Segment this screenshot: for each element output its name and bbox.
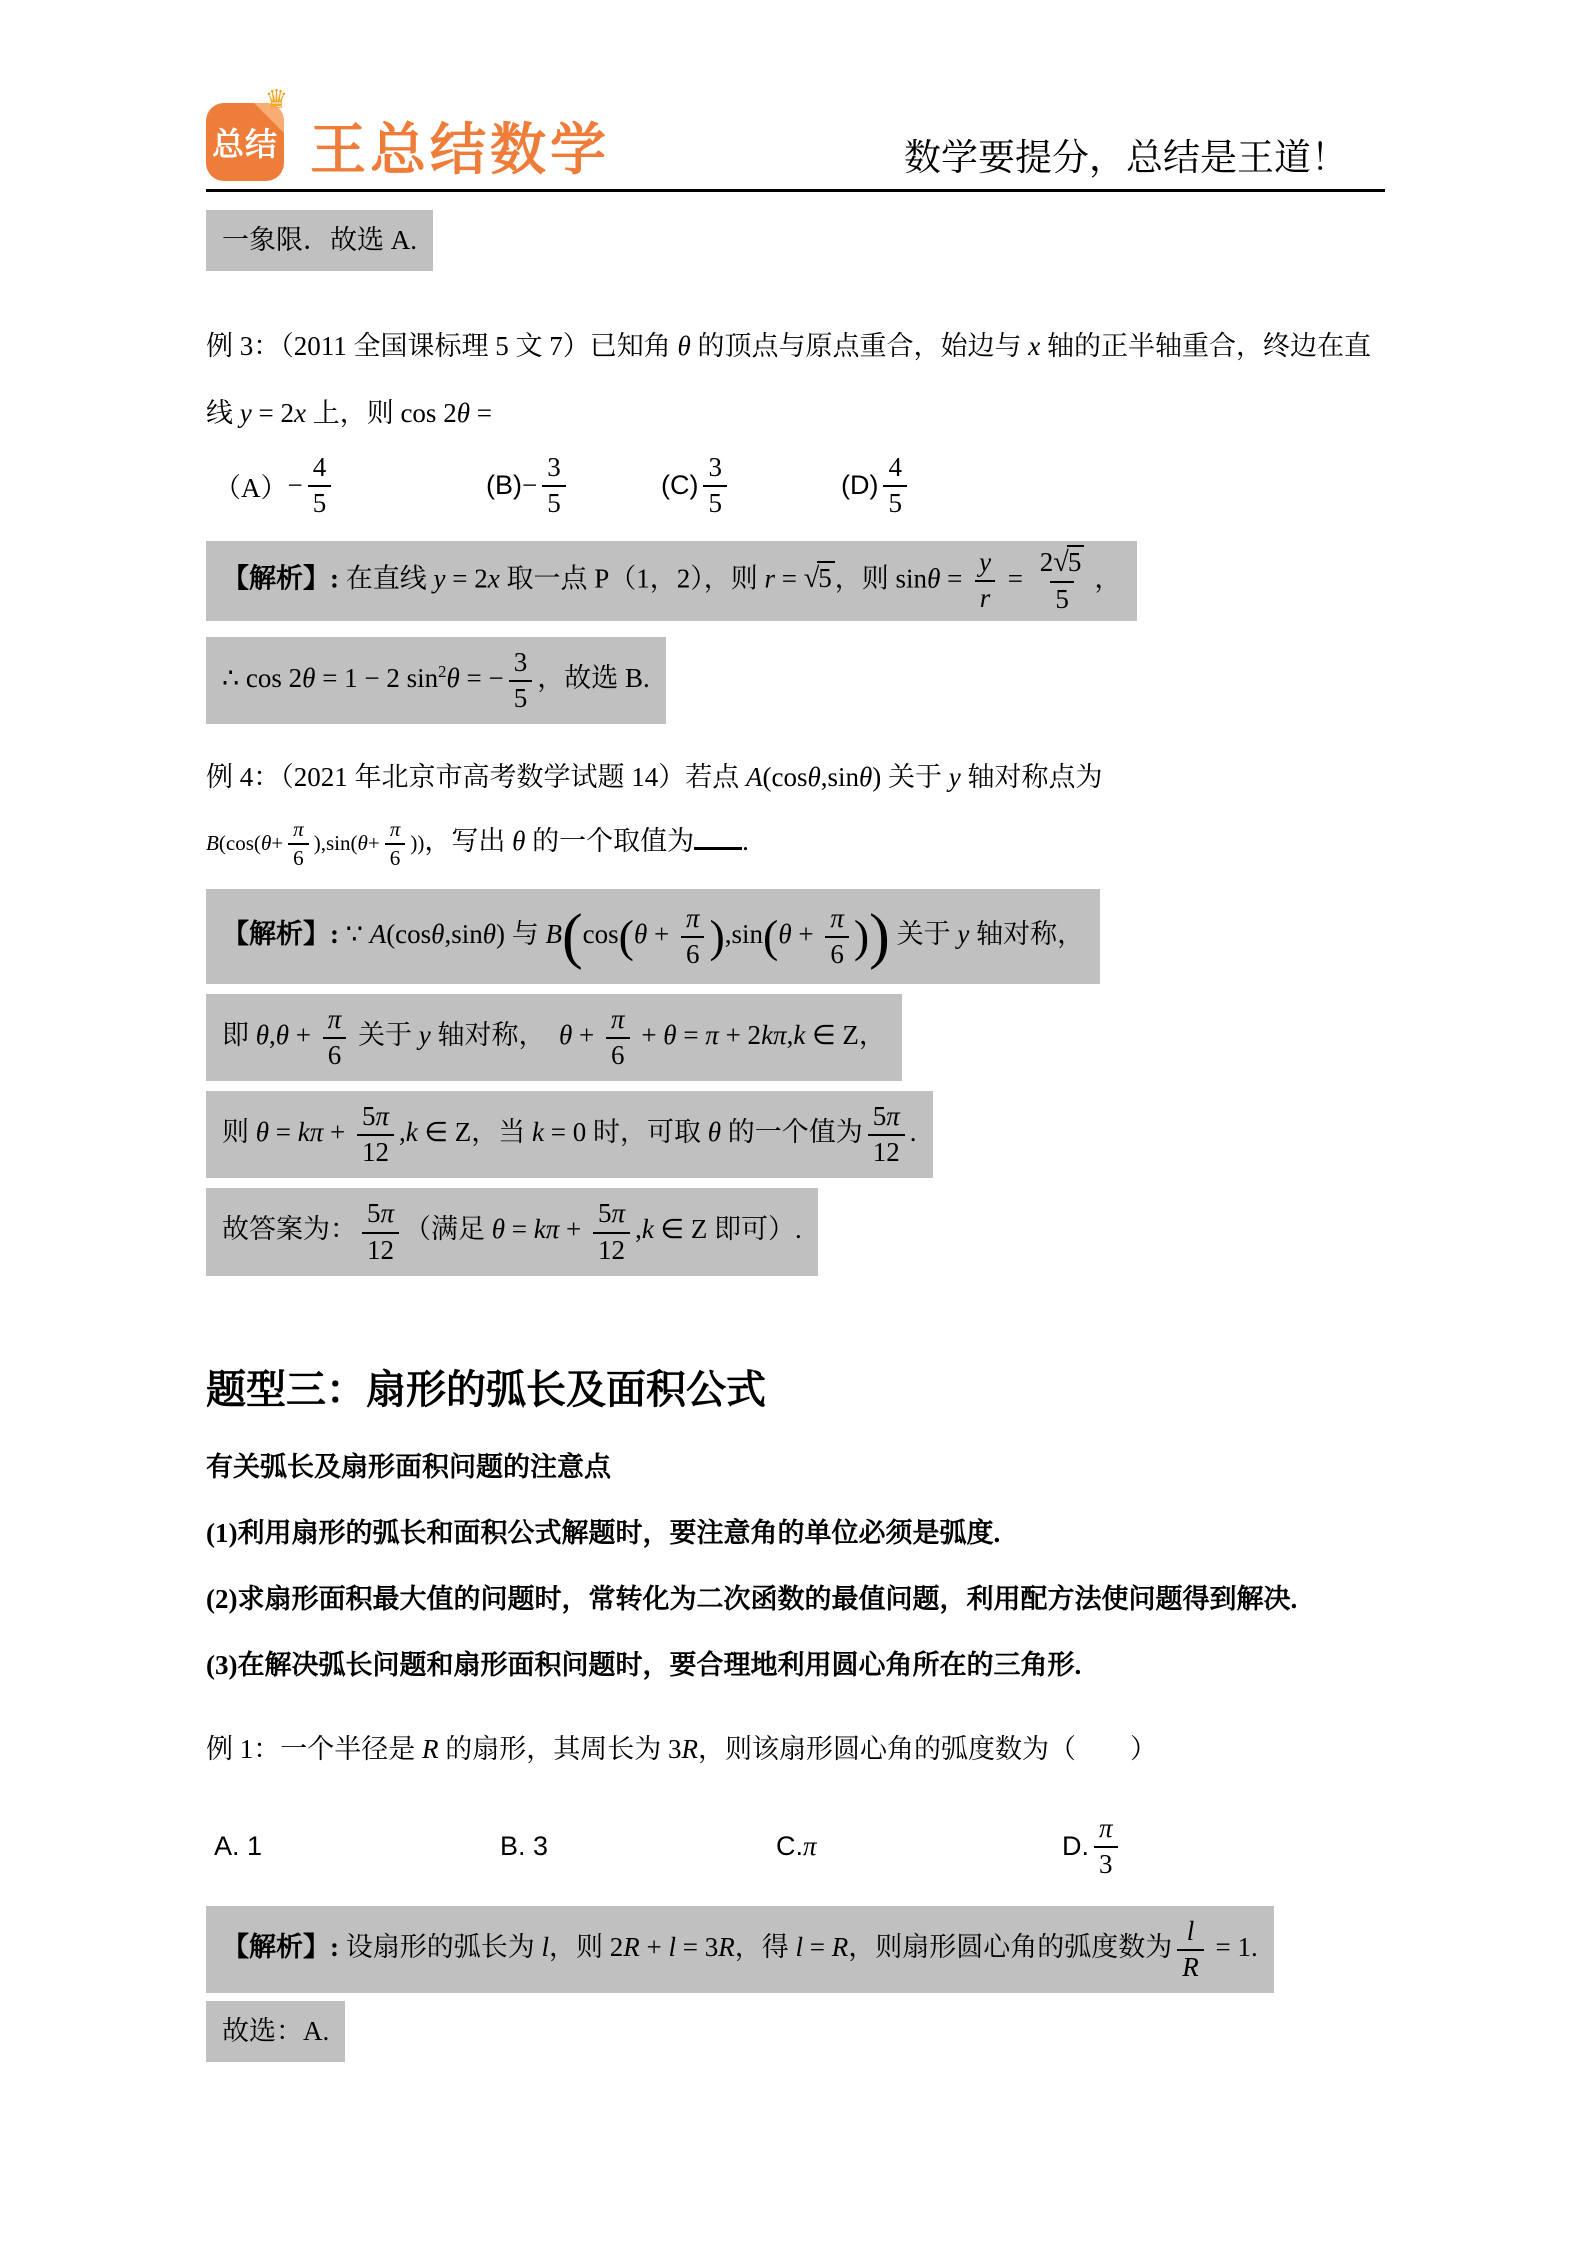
denominator: 6 <box>825 936 849 970</box>
math-italic-run: π <box>612 1198 626 1228</box>
math-italic-run: y <box>957 919 969 949</box>
brand-name: 王总结数学 <box>310 119 610 181</box>
text-run: 有关弧长及扇形面积问题的注意点 <box>206 1452 611 1482</box>
math-run: 2 <box>1040 547 1054 577</box>
math-italic-run: A <box>370 919 387 949</box>
logo-badge-text: 总结 <box>212 119 278 165</box>
math-run: ) <box>872 762 881 792</box>
numerator: π <box>385 817 406 843</box>
fraction: 35 <box>542 452 566 519</box>
math-run: ∵ <box>339 919 370 949</box>
denominator: 5 <box>1050 581 1074 615</box>
sqrt-expression: √5 <box>804 563 835 593</box>
math-run: ∈ Z <box>418 1117 472 1147</box>
math-run: ,sin <box>725 919 763 949</box>
numerator: 3 <box>509 647 533 680</box>
math-italic-run: k <box>793 1020 805 1050</box>
math-italic-run: y <box>240 398 252 428</box>
math-italic-run: l <box>669 1932 677 1962</box>
example1-answer: 故选：A. <box>206 2001 345 2062</box>
math-italic-run: θ <box>256 1020 269 1050</box>
math-italic-run: θ <box>859 762 872 792</box>
math-run: + <box>572 1020 601 1050</box>
text-run: 例 3：（2011 全国课标理 5 文 7）已知角 <box>206 331 678 361</box>
math-run: + <box>647 919 676 949</box>
math-italic-run: θ <box>483 919 496 949</box>
fraction: 35 <box>703 452 727 519</box>
math-italic-run: B <box>206 831 219 855</box>
text-run: ，则该扇形圆心角的弧度数为（ ） <box>698 1734 1157 1764</box>
example1-solution: 【解析】: 设扇形的弧长为 l，则 2R + l = 3R，得 l = R，则扇… <box>206 1906 1274 1993</box>
text-run: ，则 <box>835 563 896 593</box>
sans-text-run: B. 3 <box>500 1831 548 1862</box>
denominator: 6 <box>606 1037 630 1071</box>
math-italic-run: θ <box>302 663 315 693</box>
math-run: = <box>940 563 969 593</box>
math-italic-run: π <box>381 1198 395 1228</box>
math-italic-run: π <box>293 817 304 841</box>
denominator: 6 <box>323 1037 347 1071</box>
math-italic-run: θ <box>807 762 820 792</box>
numerator: 5π <box>362 1198 399 1231</box>
math-run: 5 <box>598 1198 612 1228</box>
math-run: = <box>269 1117 298 1147</box>
math-run: + <box>559 1214 588 1244</box>
fraction: π6 <box>288 817 309 870</box>
math-run: 2 <box>610 1932 624 1962</box>
example1-options: A. 1B. 3C. πD. π3 <box>214 1813 1382 1880</box>
numerator: 4 <box>883 452 907 485</box>
math-italic-run: l <box>542 1932 550 1962</box>
option: B. 3 <box>500 1831 776 1862</box>
text-run: 的顶点与原点重合，始边与 <box>691 331 1029 361</box>
sans-text-run: (C) <box>661 470 698 501</box>
math-run: 3 <box>547 452 561 482</box>
fraction: π6 <box>385 817 406 870</box>
sans-text-run: (D) <box>841 470 878 501</box>
math-italic-run: y <box>419 1020 431 1050</box>
document-body: 一象限．故选 A.例 3：（2011 全国课标理 5 文 7）已知角 θ 的顶点… <box>206 210 1382 2062</box>
math-italic-run: π <box>1099 1813 1113 1843</box>
math-run: = <box>505 1214 534 1244</box>
math-italic-run: θ <box>663 1020 676 1050</box>
fraction: 5π12 <box>357 1101 394 1168</box>
math-run: (cos <box>386 919 431 949</box>
math-italic-run: R <box>623 1932 640 1962</box>
fraction: π6 <box>681 903 705 970</box>
blank-underline <box>694 821 742 850</box>
denominator: 3 <box>1094 1846 1118 1880</box>
text-run: 轴对称点为 <box>961 762 1103 792</box>
denominator: 6 <box>385 843 406 870</box>
math-run: 12 <box>598 1235 625 1265</box>
math-run: − <box>522 470 537 501</box>
option: D. π3 <box>1062 1813 1123 1880</box>
math-run: = 2 <box>445 563 487 593</box>
numerator: π <box>1094 1813 1118 1846</box>
math-run: 4 <box>888 452 902 482</box>
math-italic-run: R <box>682 1734 699 1764</box>
math-run: 3 <box>668 1734 682 1764</box>
math-italic-run: θ <box>261 831 271 855</box>
math-run: . <box>910 1117 917 1147</box>
fraction: 35 <box>509 647 533 714</box>
math-run: = 3 <box>676 1932 718 1962</box>
math-italic-run: kπ <box>761 1020 787 1050</box>
math-italic-run: θ <box>358 831 368 855</box>
text-run: 时，可取 <box>586 1117 708 1147</box>
option: (D) 45 <box>841 452 912 519</box>
math-run: 6 <box>611 1040 625 1070</box>
fraction: 5π12 <box>593 1198 630 1265</box>
math-run: , <box>399 1117 406 1147</box>
document-page: ♛ 总结 王总结数学 数学要提分，总结是王道！ 一象限．故选 A.例 3：（20… <box>0 0 1587 2245</box>
numerator: 4 <box>308 452 332 485</box>
numerator: π <box>288 817 309 843</box>
bold-text-run: 【解析】: <box>222 919 339 949</box>
math-run: 6 <box>328 1040 342 1070</box>
math-italic-run: θ <box>678 331 691 361</box>
text-run: 轴对称， <box>431 1020 559 1050</box>
sans-text-run: D. <box>1062 1831 1089 1862</box>
fraction: π6 <box>323 1004 347 1071</box>
numerator: 5π <box>868 1101 905 1134</box>
text-run: 关于 <box>351 1020 419 1050</box>
math-run: + <box>792 919 821 949</box>
notes-title: 有关弧长及扇形面积问题的注意点 <box>206 1440 1382 1494</box>
math-italic-run: π <box>376 1101 390 1131</box>
text-run: ，故选 B. <box>537 663 650 693</box>
math-run: 5 <box>873 1101 887 1131</box>
section3-heading: 题型三：扇形的弧长及面积公式 <box>206 1364 1382 1416</box>
math-run: 4 <box>313 452 327 482</box>
text-run: 即 <box>222 1020 256 1050</box>
math-italic-run: π <box>803 1831 817 1862</box>
math-italic-run: k <box>532 1117 544 1147</box>
sans-text-run: A. 1 <box>214 1831 262 1862</box>
math-run: 5 <box>708 488 722 518</box>
math-run: ∴ cos 2 <box>222 663 302 693</box>
math-run: = − <box>460 663 504 693</box>
text-run: 上，则 <box>306 398 401 428</box>
text-run: 取一点 P（1，2），则 <box>500 563 765 593</box>
math-italic-run: y <box>949 762 961 792</box>
text-run: 轴对称， <box>969 919 1084 949</box>
denominator: 12 <box>868 1134 905 1168</box>
math-run: + <box>368 831 380 855</box>
math-italic-run: R <box>422 1734 439 1764</box>
denominator: 6 <box>288 843 309 870</box>
numerator: y <box>974 547 996 580</box>
text-run: （满足 <box>404 1214 492 1244</box>
text-run: 在直线 <box>339 563 434 593</box>
math-run: = 1 − 2 sin <box>315 663 438 693</box>
math-italic-run: π <box>328 1004 342 1034</box>
math-run: = <box>1001 563 1030 593</box>
text-run: (1)利用扇形的弧长和面积公式解题时，要注意角的单位必须是弧度. <box>206 1518 1000 1548</box>
numerator: π <box>681 903 705 936</box>
math-run: 5 <box>1055 584 1069 614</box>
text-run: ，得 <box>735 1932 796 1962</box>
math-italic-run: θ <box>512 826 525 856</box>
text-run: 关于 <box>890 919 958 949</box>
numerator: 3 <box>703 452 727 485</box>
text-run: 的一个取值为 <box>525 826 694 856</box>
math-italic-run: l <box>1187 1916 1195 1946</box>
text-run: ， <box>859 1020 886 1050</box>
math-italic-run: θ <box>559 1020 572 1050</box>
math-run: = 1. <box>1209 1932 1258 1962</box>
math-run: 12 <box>362 1137 389 1167</box>
numerator: π <box>323 1004 347 1037</box>
bold-text-run: 【解析】: <box>222 563 339 593</box>
text-run: 例 1：一个半径是 <box>206 1734 422 1764</box>
numerator: 2√5 <box>1035 547 1090 582</box>
radicand: 5 <box>1067 545 1085 577</box>
denominator: 5 <box>883 485 907 519</box>
math-run: , <box>635 1214 642 1244</box>
example4-solution-line2: 即 θ,θ + π6 关于 y 轴对称， θ + π6 + θ = π + 2k… <box>206 994 902 1081</box>
text-run: 故选：A. <box>222 2016 329 2046</box>
math-run: ,sin <box>444 919 482 949</box>
math-italic-run: R <box>1182 1952 1199 1982</box>
math-run: 3 <box>514 647 528 677</box>
numerator: π <box>825 903 849 936</box>
text-run: 故答案为： <box>222 1214 357 1244</box>
text-run: 即可）. <box>707 1214 802 1244</box>
math-run: = <box>775 563 804 593</box>
denominator: R <box>1177 1949 1204 1983</box>
math-run: 3 <box>708 452 722 482</box>
math-italic-run: π <box>611 1004 625 1034</box>
math-run: = 2 <box>252 398 294 428</box>
radicand: 5 <box>817 561 835 593</box>
text-run: 关于 <box>881 762 949 792</box>
math-italic-run: π <box>686 903 700 933</box>
math-run: ) <box>496 919 505 949</box>
sans-text-run: (B) <box>486 470 522 501</box>
math-run: 5 <box>313 488 327 518</box>
math-italic-run: y <box>434 563 446 593</box>
math-run: 6 <box>390 846 401 870</box>
option: C. π <box>776 1831 1062 1862</box>
math-italic-run: θ <box>457 398 470 428</box>
text-run: . <box>742 826 749 856</box>
math-run: = 0 <box>544 1117 586 1147</box>
fraction: 45 <box>883 452 907 519</box>
text-run: ，当 <box>471 1117 532 1147</box>
math-italic-run: x <box>1028 331 1040 361</box>
math-run: = <box>803 1932 832 1962</box>
math-italic-run: k <box>406 1117 418 1147</box>
math-run: − <box>288 470 303 501</box>
math-run: 5 <box>362 1101 376 1131</box>
text-run: 的扇形，其周长为 <box>439 1734 669 1764</box>
math-run: + <box>289 1020 318 1050</box>
numerator: 3 <box>542 452 566 485</box>
text-run: ，则 <box>549 1932 610 1962</box>
math-run: = <box>470 398 492 428</box>
answer-first-quadrant: 一象限．故选 A. <box>206 210 433 271</box>
fraction: 5π12 <box>362 1198 399 1265</box>
denominator: 12 <box>362 1232 399 1266</box>
text-run: ， <box>1094 563 1121 593</box>
text-run: 一象限．故选 A. <box>222 225 417 255</box>
option: A. 1 <box>214 1831 500 1862</box>
text-run: （A） <box>214 466 288 505</box>
math-run: + <box>635 1020 664 1050</box>
fraction: 2√55 <box>1035 547 1090 616</box>
math-run: 6 <box>686 939 700 969</box>
math-run: ,sin <box>821 762 859 792</box>
denominator: 5 <box>308 485 332 519</box>
header-divider <box>206 189 1385 192</box>
option: （A）−45 <box>214 452 486 519</box>
math-italic-run: R <box>832 1932 849 1962</box>
numerator: 5π <box>593 1198 630 1231</box>
fraction: 5π12 <box>868 1101 905 1168</box>
math-run: 5 <box>888 488 902 518</box>
math-italic-run: l <box>796 1932 804 1962</box>
fraction: π6 <box>825 903 849 970</box>
math-italic-run: π <box>830 903 844 933</box>
sqrt-expression: √5 <box>1053 547 1084 577</box>
text-run: ，则扇形圆心角的弧度数为 <box>848 1932 1172 1962</box>
math-run: , <box>269 1020 276 1050</box>
text-run: ，写出 <box>424 826 512 856</box>
example4-statement: 例 4：（2021 年北京市高考数学试题 14）若点 A(cosθ,sinθ) … <box>206 746 1382 873</box>
text-run: 与 <box>505 919 546 949</box>
denominator: 12 <box>593 1232 630 1266</box>
math-run: 5 <box>547 488 561 518</box>
math-run: + <box>271 831 283 855</box>
example3-options: （A）−45(B)−35(C) 35(D) 45 <box>214 452 1382 519</box>
fraction: yr <box>974 547 996 614</box>
math-run: 5 <box>367 1198 381 1228</box>
numerator: l <box>1182 1916 1200 1949</box>
math-italic-run: θ <box>256 1117 269 1147</box>
numerator: 5π <box>357 1101 394 1134</box>
example3-statement: 例 3：（2011 全国课标理 5 文 7）已知角 θ 的顶点与原点重合，始边与… <box>206 313 1382 448</box>
text-run: 的一个值为 <box>721 1117 863 1147</box>
note-3: (3)在解决弧长问题和扇形面积问题时，要合理地利用圆心角所在的三角形. <box>206 1638 1382 1692</box>
math-run: ),sin( <box>314 831 358 855</box>
denominator: 5 <box>703 485 727 519</box>
math-run: 12 <box>367 1235 394 1265</box>
math-italic-run: θ <box>927 563 940 593</box>
text-run: 题型三：扇形的弧长及面积公式 <box>206 1367 766 1412</box>
example4-solution-line1: 【解析】: ∵ A(cosθ,sinθ) 与 B(cos(θ + π6),sin… <box>206 889 1100 984</box>
denominator: 5 <box>509 680 533 714</box>
bold-text-run: 【解析】: <box>222 1932 339 1962</box>
math-italic-run: x <box>294 398 306 428</box>
big-paren: ( <box>763 911 778 962</box>
math-run: + <box>640 1932 669 1962</box>
text-run: (3)在解决弧长问题和扇形面积问题时，要合理地利用圆心角所在的三角形. <box>206 1650 1081 1680</box>
math-italic-run: θ <box>447 663 460 693</box>
option: (C) 35 <box>661 452 841 519</box>
brand-slogan: 数学要提分，总结是王道！ <box>904 137 1382 181</box>
math-run: sin <box>896 563 928 593</box>
math-run: 5 <box>514 683 528 713</box>
math-run: cos 2 <box>400 398 456 428</box>
example3-solution-line2: ∴ cos 2θ = 1 − 2 sin2θ = −35，故选 B. <box>206 637 666 724</box>
math-run: ∈ Z <box>805 1020 859 1050</box>
big-paren: ( <box>562 903 583 971</box>
math-run: + 2 <box>719 1020 761 1050</box>
math-run: = <box>677 1020 706 1050</box>
math-italic-run: R <box>718 1932 735 1962</box>
fraction: lR <box>1177 1916 1204 1983</box>
math-run: (cos( <box>219 831 261 855</box>
superscript: 2 <box>438 662 446 681</box>
text-run: 例 4：（2021 年北京市高考数学试题 14）若点 <box>206 762 746 792</box>
math-run: )) <box>410 831 424 855</box>
crown-icon: ♛ <box>265 87 288 113</box>
math-italic-run: x <box>488 563 500 593</box>
math-italic-run: π <box>886 1101 900 1131</box>
big-paren: ) <box>854 911 869 962</box>
text-run: 设扇形的弧长为 <box>339 1932 542 1962</box>
math-italic-run: θ <box>634 919 647 949</box>
math-run: 6 <box>293 846 304 870</box>
math-italic-run: θ <box>708 1117 721 1147</box>
example1-statement: 例 1：一个半径是 R 的扇形，其周长为 3R，则该扇形圆心角的弧度数为（ ） <box>206 1716 1382 1784</box>
note-1: (1)利用扇形的弧长和面积公式解题时，要注意角的单位必须是弧度. <box>206 1506 1382 1560</box>
denominator: 5 <box>542 485 566 519</box>
example4-solution-line3: 则 θ = kπ + 5π12,k ∈ Z，当 k = 0 时，可取 θ 的一个… <box>206 1091 933 1178</box>
math-run: + <box>323 1117 352 1147</box>
denominator: 6 <box>681 936 705 970</box>
math-italic-run: θ <box>431 919 444 949</box>
math-run: 6 <box>830 939 844 969</box>
page-header: ♛ 总结 王总结数学 数学要提分，总结是王道！ <box>206 103 1382 181</box>
sans-text-run: C. <box>776 1831 803 1862</box>
brand-logo: ♛ 总结 <box>206 103 284 181</box>
math-italic-run: y <box>979 547 991 577</box>
math-italic-run: π <box>705 1020 719 1050</box>
math-italic-run: r <box>980 583 991 613</box>
big-paren: ) <box>869 903 890 971</box>
note-2: (2)求扇形面积最大值的问题时，常转化为二次函数的最值问题，利用配方法使问题得到… <box>206 1572 1382 1626</box>
denominator: r <box>975 580 996 614</box>
option: (B)−35 <box>486 452 661 519</box>
fraction: π3 <box>1094 1813 1118 1880</box>
numerator: π <box>606 1004 630 1037</box>
text-run: 则 <box>222 1117 256 1147</box>
math-italic-run: r <box>764 563 775 593</box>
text-run: (2)求扇形面积最大值的问题时，常转化为二次函数的最值问题，利用配方法使问题得到… <box>206 1584 1297 1614</box>
math-italic-run: kπ <box>534 1214 560 1244</box>
big-paren: ( <box>619 911 634 962</box>
math-run: cos <box>583 919 619 949</box>
math-italic-run: kπ <box>298 1117 324 1147</box>
math-italic-run: θ <box>492 1214 505 1244</box>
math-run: 3 <box>1099 1849 1113 1879</box>
denominator: 12 <box>357 1134 394 1168</box>
math-italic-run: θ <box>778 919 791 949</box>
fraction: π6 <box>606 1004 630 1071</box>
math-run: (cos <box>763 762 808 792</box>
math-italic-run: θ <box>276 1020 289 1050</box>
math-italic-run: B <box>545 919 562 949</box>
math-italic-run: π <box>390 817 401 841</box>
fraction: 45 <box>308 452 332 519</box>
big-paren: ) <box>709 911 724 962</box>
example4-solution-line4: 故答案为：5π12（满足 θ = kπ + 5π12,k ∈ Z 即可）. <box>206 1188 818 1275</box>
math-run: ∈ Z <box>654 1214 708 1244</box>
math-run: 12 <box>873 1137 900 1167</box>
